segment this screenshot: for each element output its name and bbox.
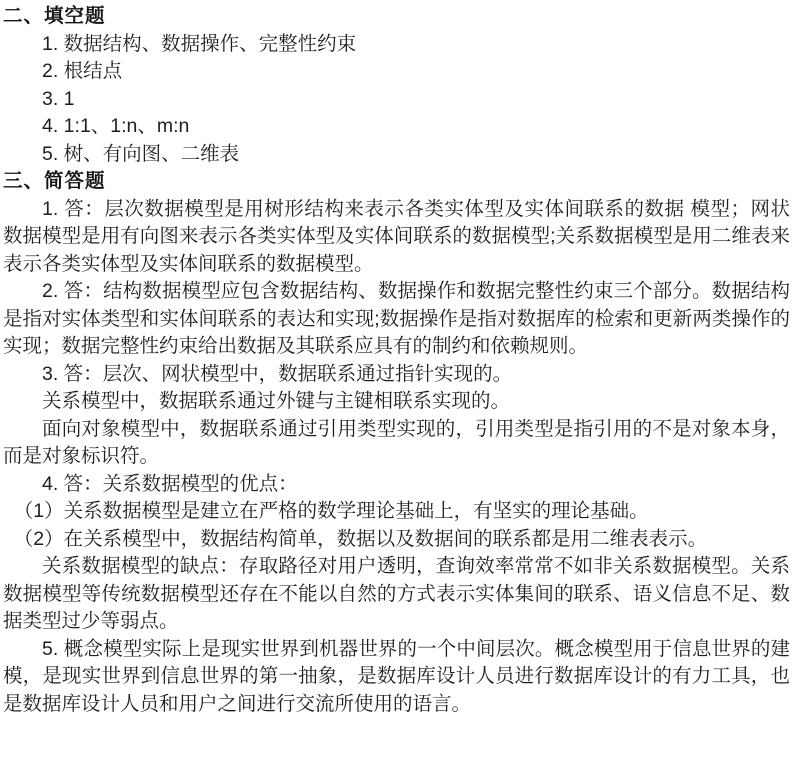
- fill-blank-item: 1. 数据结构、数据操作、完整性约束: [3, 31, 790, 59]
- fill-blank-item: 2. 根结点: [3, 58, 790, 86]
- answer-paragraph: （1）关系数据模型是建立在严格的数学理论基础上，有坚实的理论基础。: [3, 498, 790, 526]
- fill-blank-list: 1. 数据结构、数据操作、完整性约束2. 根结点3. 14. 1:1、1:n、m…: [3, 31, 790, 169]
- section-fill-blank: 二、填空题 1. 数据结构、数据操作、完整性约束2. 根结点3. 14. 1:1…: [3, 3, 790, 168]
- answer-paragraph: 2. 答：结构数据模型应包含数据结构、数据操作和数据完整性约束三个部分。数据结构…: [3, 278, 790, 361]
- fill-blank-item: 3. 1: [3, 86, 790, 114]
- short-answer-list: 1. 答：层次数据模型是用树形结构来表示各类实体型及实体间联系的数据 模型；网状…: [3, 196, 790, 719]
- answer-paragraph: 面向对象模型中，数据联系通过引用类型实现的，引用类型是指引用的不是对象本身，而是…: [3, 416, 790, 471]
- short-answer-heading: 三、简答题: [3, 168, 790, 196]
- fill-blank-item: 5. 树、有向图、二维表: [3, 141, 790, 169]
- answer-paragraph: 4. 答：关系数据模型的优点：: [3, 471, 790, 499]
- answer-paragraph: 5. 概念模型实际上是现实世界到机器世界的一个中间层次。概念模型用于信息世界的建…: [3, 636, 790, 719]
- answer-paragraph: 关系数据模型的缺点：存取路径对用户透明，查询效率常常不如非关系数据模型。关系数据…: [3, 553, 790, 636]
- answer-paragraph: 关系模型中，数据联系通过外键与主键相联系实现的。: [3, 388, 790, 416]
- fill-blank-item: 4. 1:1、1:n、m:n: [3, 113, 790, 141]
- fill-blank-heading: 二、填空题: [3, 3, 790, 31]
- document-page: 二、填空题 1. 数据结构、数据操作、完整性约束2. 根结点3. 14. 1:1…: [0, 0, 793, 758]
- section-short-answer: 三、简答题 1. 答：层次数据模型是用树形结构来表示各类实体型及实体间联系的数据…: [3, 168, 790, 718]
- answer-paragraph: （2）在关系模型中，数据结构简单，数据以及数据间的联系都是用二维表表示。: [3, 526, 790, 554]
- answer-paragraph: 1. 答：层次数据模型是用树形结构来表示各类实体型及实体间联系的数据 模型；网状…: [3, 196, 790, 279]
- answer-paragraph: 3. 答：层次、网状模型中，数据联系通过指针实现的。: [3, 361, 790, 389]
